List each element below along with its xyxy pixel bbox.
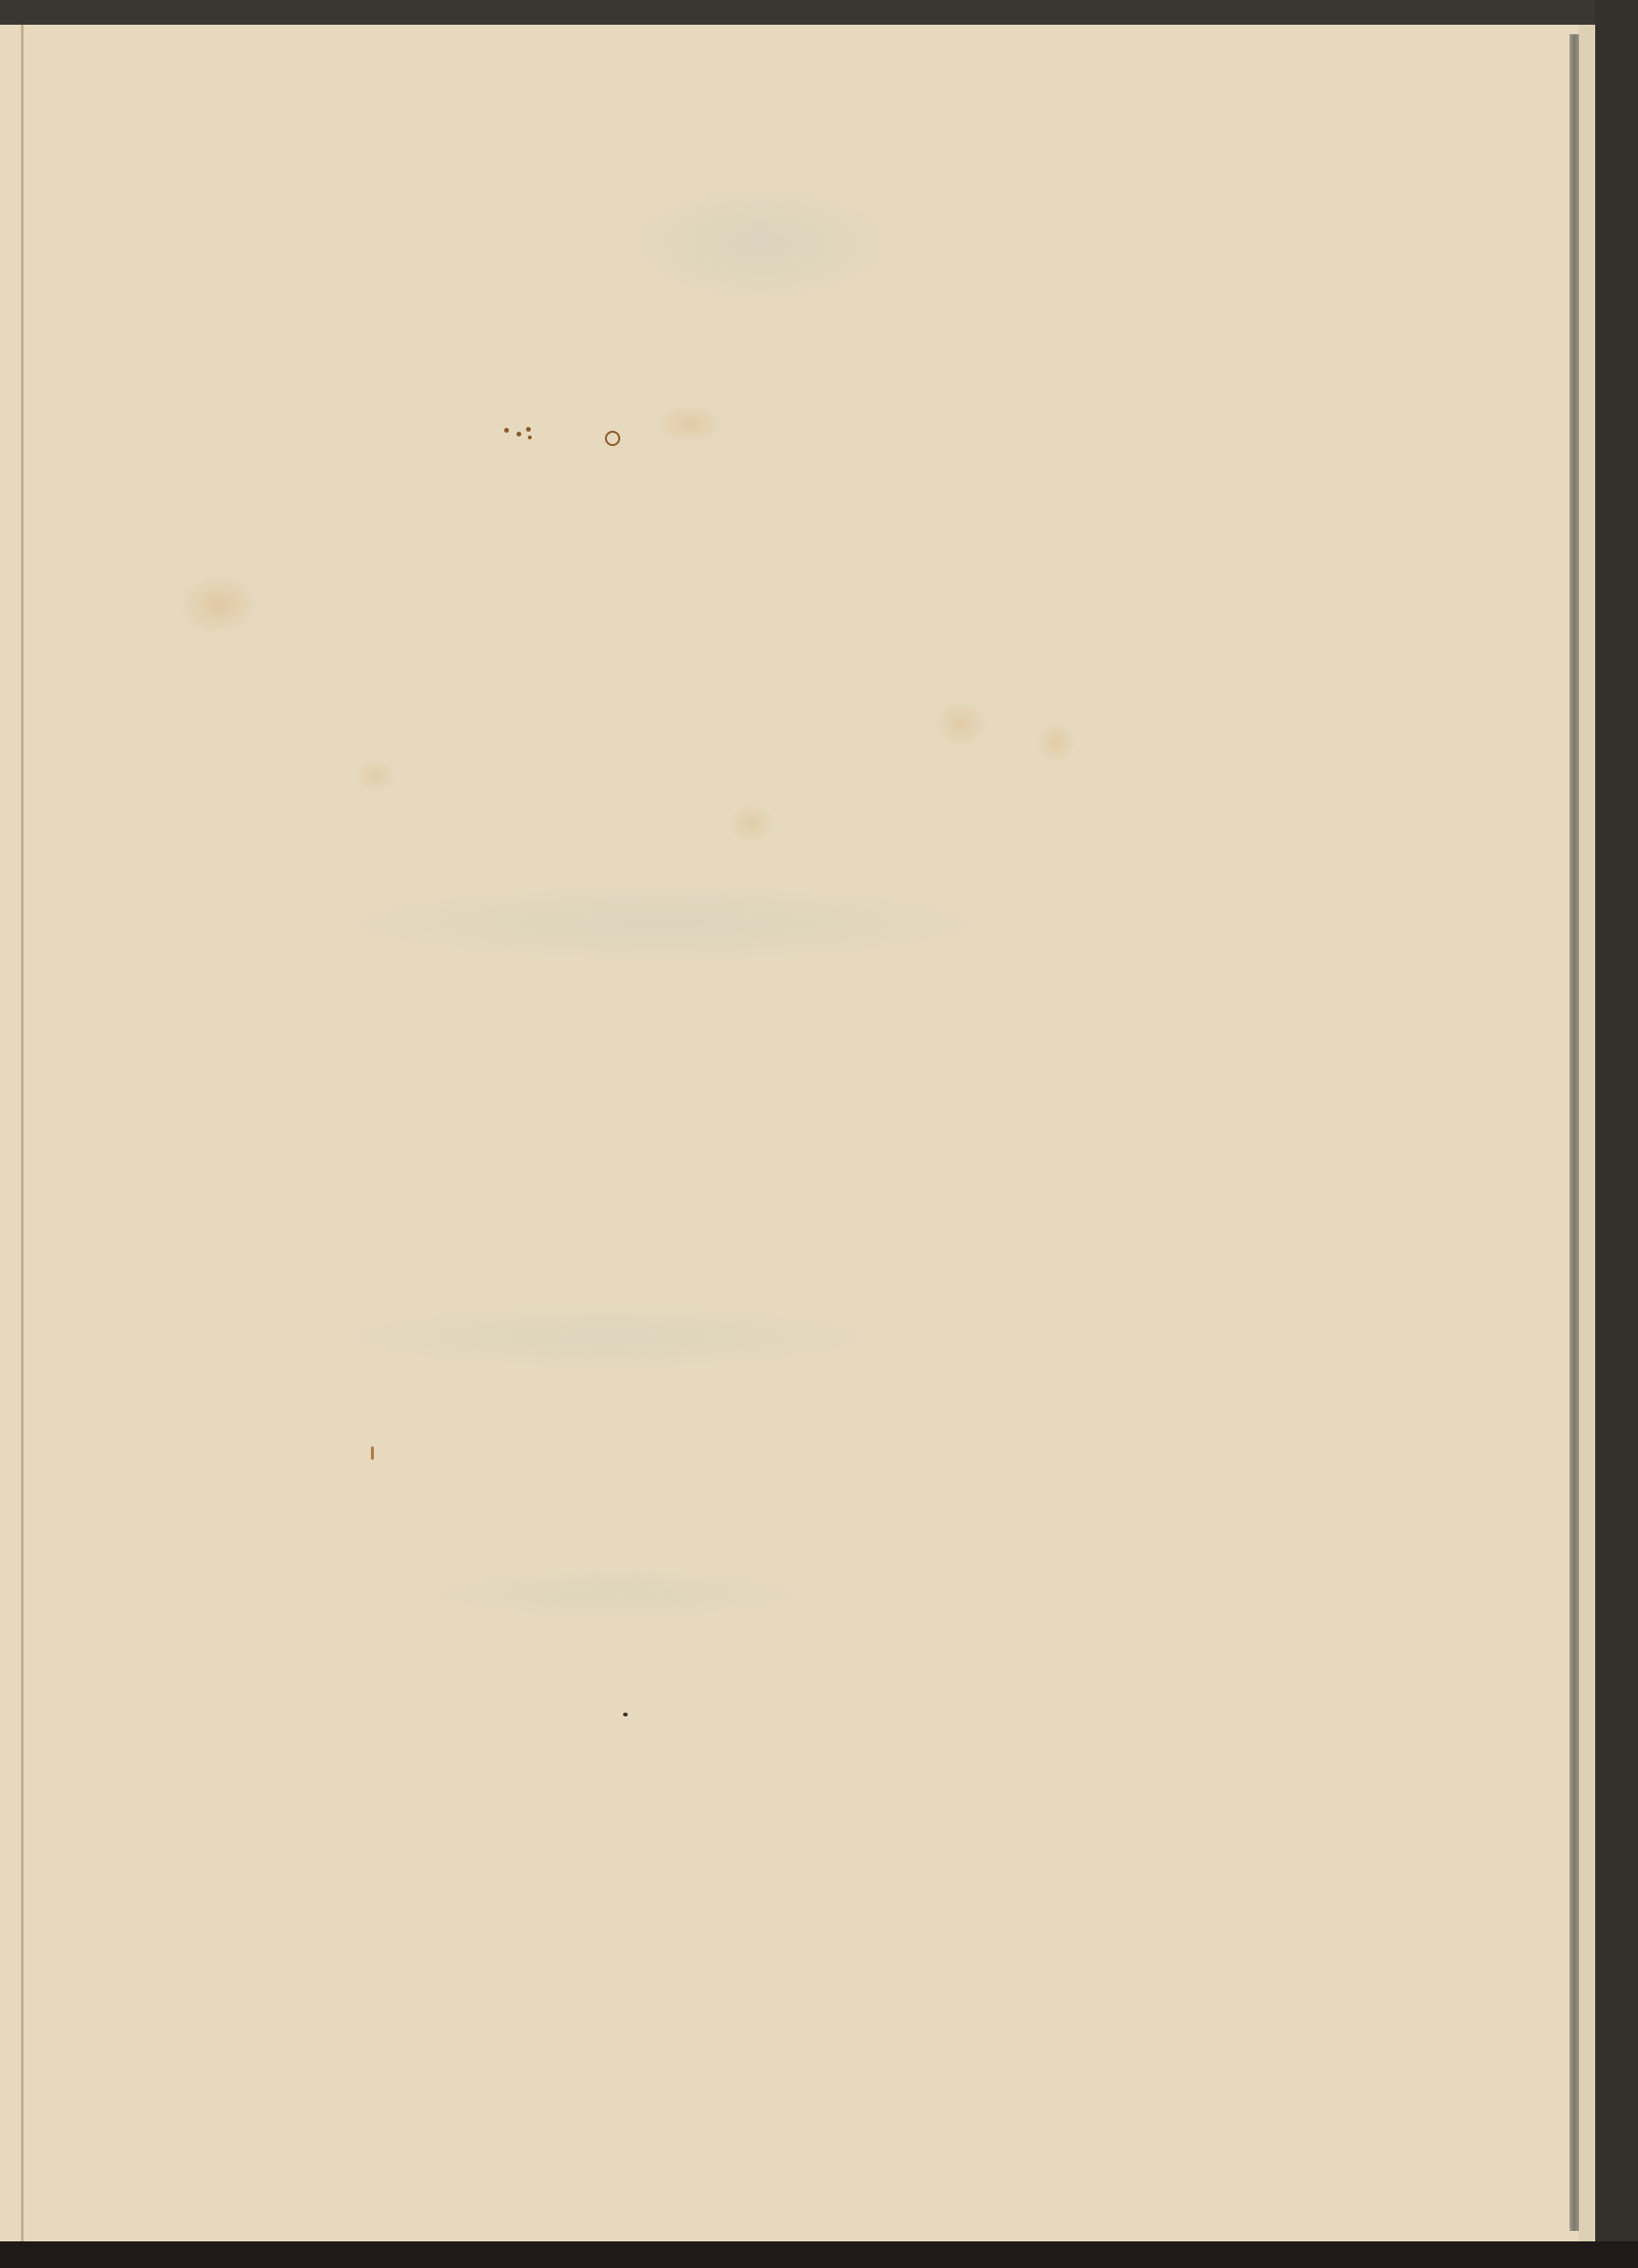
book-cover-right xyxy=(1595,0,1638,2268)
book-cover-bottom-edge xyxy=(0,2241,1638,2268)
foxing-spot xyxy=(623,1713,628,1716)
foxing-spot xyxy=(371,1446,374,1460)
foxing-spot xyxy=(504,428,509,433)
page-fore-edge xyxy=(1579,25,1595,2241)
foxing-spot xyxy=(605,431,620,446)
blank-book-page xyxy=(0,25,1595,2241)
gutter-fold xyxy=(21,25,24,2241)
page-fore-edge-shadow xyxy=(1570,34,1579,2231)
foxing-spot xyxy=(526,427,531,432)
foxing-spot xyxy=(517,432,521,436)
book-cover-top-edge xyxy=(0,0,1638,25)
foxing-spot xyxy=(528,436,532,439)
